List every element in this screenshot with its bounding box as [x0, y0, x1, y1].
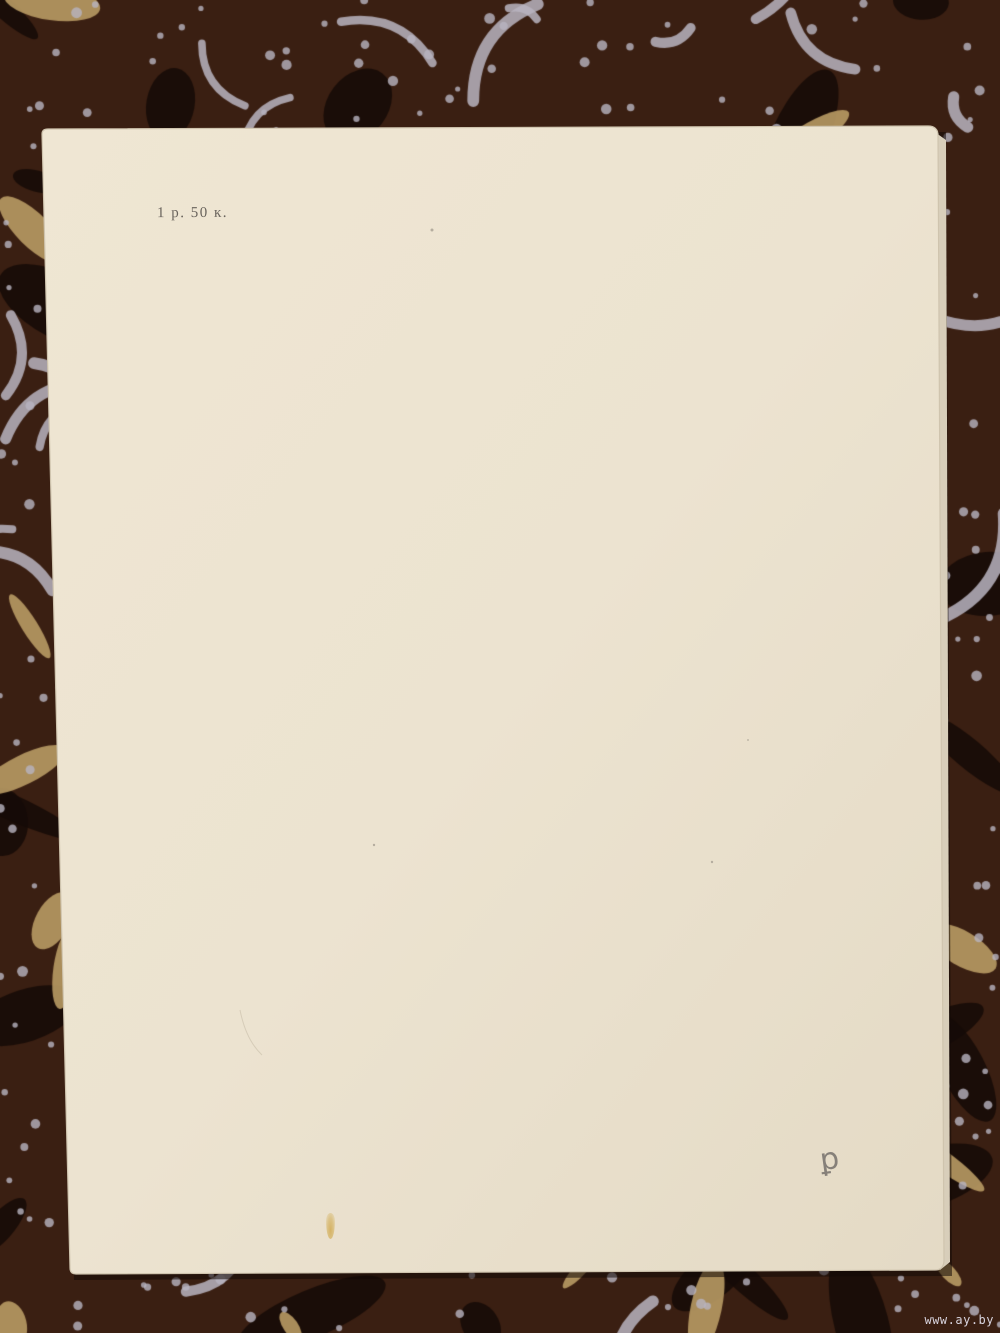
carpet-background — [0, 0, 1000, 1333]
watermark: www.ay.by — [924, 1313, 994, 1327]
